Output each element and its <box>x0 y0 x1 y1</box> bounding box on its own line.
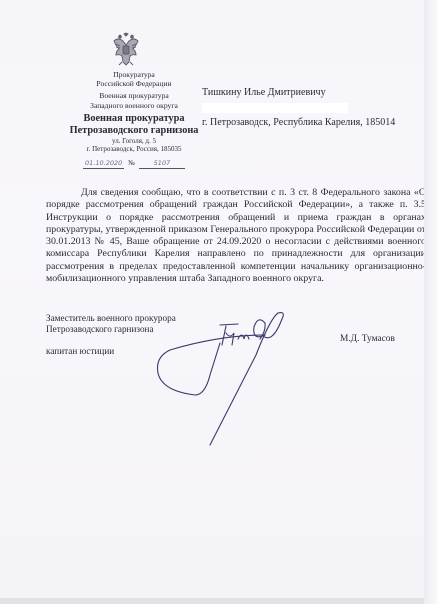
redacted-address <box>202 103 348 113</box>
outgoing-reference: 01.10.2020 № 5107 <box>60 159 208 169</box>
handwritten-signature-icon <box>150 305 320 455</box>
letterhead: Прокуратура Российской Федерации Военная… <box>60 70 208 169</box>
office-city: г. Петрозаводск, Россия, 185035 <box>60 145 208 154</box>
outgoing-number: 5107 <box>139 159 185 169</box>
office-name: Военная прокуратура <box>60 113 208 125</box>
page-edge <box>424 0 438 604</box>
page-bottom-edge <box>0 598 424 604</box>
letterhead-line: Прокуратура <box>60 70 208 79</box>
recipient-city: г. Петрозаводск, Республика Карелия, 185… <box>202 116 395 129</box>
letterhead-line: Военная прокуратура <box>60 91 208 100</box>
letterhead-line: Российской Федерации <box>60 79 208 88</box>
office-street: ул. Гоголя, д. 5 <box>60 137 208 146</box>
letter-page: Прокуратура Российской Федерации Военная… <box>0 0 424 600</box>
letter-body: Для сведения сообщаю, что в соответствии… <box>46 187 426 285</box>
office-name: Петрозаводского гарнизона <box>60 125 208 137</box>
coat-of-arms-icon <box>110 32 142 68</box>
number-label: № <box>128 159 135 168</box>
recipient-name: Тишкину Илье Дмитриевичу <box>202 86 395 99</box>
outgoing-date: 01.10.2020 <box>83 159 124 169</box>
body-paragraph: Для сведения сообщаю, что в соответствии… <box>46 187 426 285</box>
recipient-block: Тишкину Илье Дмитриевичу г. Петрозаводск… <box>202 86 395 129</box>
signatory-name: М.Д. Тумасов <box>340 334 395 344</box>
letterhead-line: Западного военного округа <box>60 101 208 110</box>
